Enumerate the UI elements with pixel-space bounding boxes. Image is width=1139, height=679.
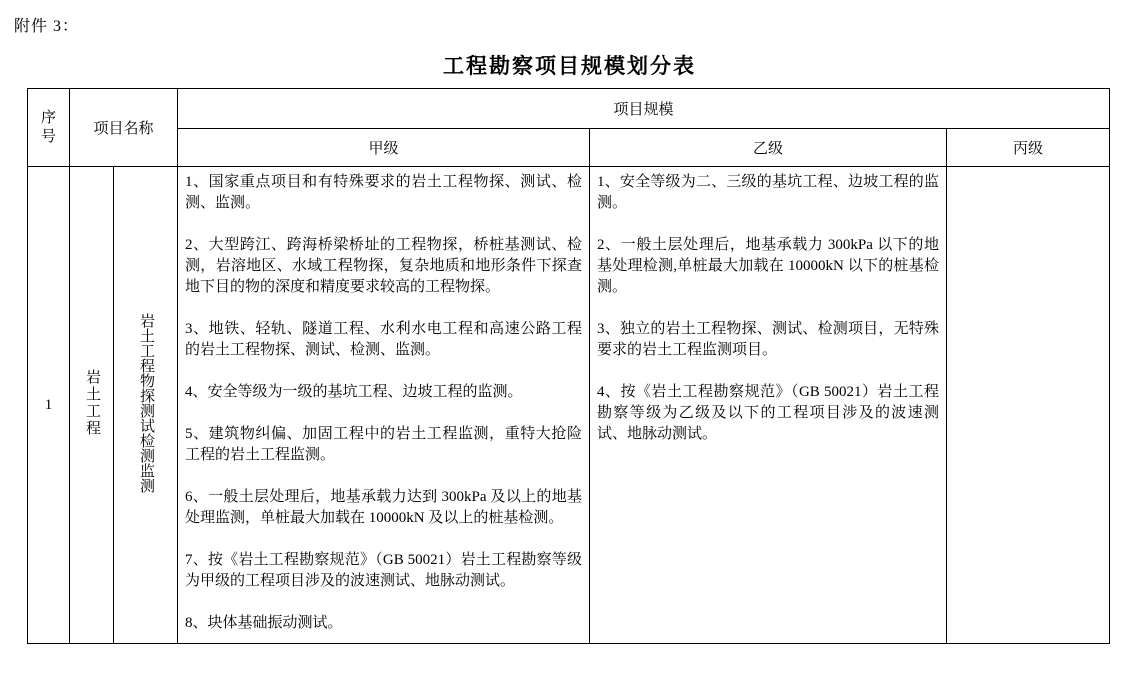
subcategory-vertical-text: 岩土工程物探测试检测监测 [138,313,153,493]
header-serial: 序号 [28,89,70,167]
header-row-grades: 甲级 乙级 丙级 [28,129,1110,167]
cell-paragraph: 1、国家重点项目和有特殊要求的岩土工程物探、测试、检测、监测。 [185,172,582,214]
cell-paragraph: 8、块体基础振动测试。 [185,613,582,634]
serial-cell: 1 [28,167,70,644]
header-project-name: 项目名称 [70,89,178,167]
attachment-label: 附件 3： [14,16,1139,38]
grade-b-cell: 1、安全等级为二、三级的基坑工程、边坡工程的监测。2、一般土层处理后，地基承载力… [590,167,947,644]
cell-paragraph: 3、独立的岩土工程物探、测试、检测项目，无特殊要求的岩土工程监测项目。 [597,319,939,361]
cell-paragraph: 3、地铁、轻轨、隧道工程、水利水电工程和高速公路工程的岩土工程物探、测试、检测、… [185,319,582,361]
header-row-scale: 序号 项目名称 项目规模 [28,89,1110,129]
header-serial-label: 序号 [41,109,57,147]
page-title: 工程勘察项目规模划分表 [0,52,1139,81]
subcategory-cell: 岩土工程物探测试检测监测 [114,167,178,644]
cell-paragraph: 2、一般土层处理后，地基承载力 300kPa 以下的地基处理检测,单桩最大加载在… [597,235,939,298]
header-grade-a: 甲级 [178,129,590,167]
cell-paragraph: 6、一般土层处理后，地基承载力达到 300kPa 及以上的地基处理监测，单桩最大… [185,487,582,529]
cell-paragraph: 7、按《岩土工程勘察规范》（GB 50021）岩土工程勘察等级为甲级的工程项目涉… [185,550,582,592]
cell-paragraph: 1、安全等级为二、三级的基坑工程、边坡工程的监测。 [597,172,939,214]
project-scale-table: 序号 项目名称 项目规模 甲级 乙级 丙级 1 岩土工程 岩土工程物探测试检测监… [27,88,1110,644]
header-grade-c: 丙级 [947,129,1110,167]
cell-paragraph: 4、安全等级为一级的基坑工程、边坡工程的监测。 [185,382,582,403]
cell-paragraph: 5、建筑物纠偏、加固工程中的岩土工程监测，重特大抢险工程的岩土工程监测。 [185,424,582,466]
cell-paragraph: 2、大型跨江、跨海桥梁桥址的工程物探，桥桩基测试、检测，岩溶地区、水域工程物探，… [185,235,582,298]
cell-paragraph: 4、按《岩土工程勘察规范》（GB 50021）岩土工程勘察等级为乙级及以下的工程… [597,382,939,445]
document-page: 附件 3： 工程勘察项目规模划分表 序号 项目名称 项目规模 甲级 乙级 丙级 [0,0,1139,679]
grade-c-cell [947,167,1110,644]
table-row: 1 岩土工程 岩土工程物探测试检测监测 1、国家重点项目和有特殊要求的岩土工程物… [28,167,1110,644]
category-vertical-text: 岩土工程 [84,369,99,437]
category-cell: 岩土工程 [70,167,114,644]
grade-a-cell: 1、国家重点项目和有特殊要求的岩土工程物探、测试、检测、监测。2、大型跨江、跨海… [178,167,590,644]
header-project-scale: 项目规模 [178,89,1110,129]
header-grade-b: 乙级 [590,129,947,167]
